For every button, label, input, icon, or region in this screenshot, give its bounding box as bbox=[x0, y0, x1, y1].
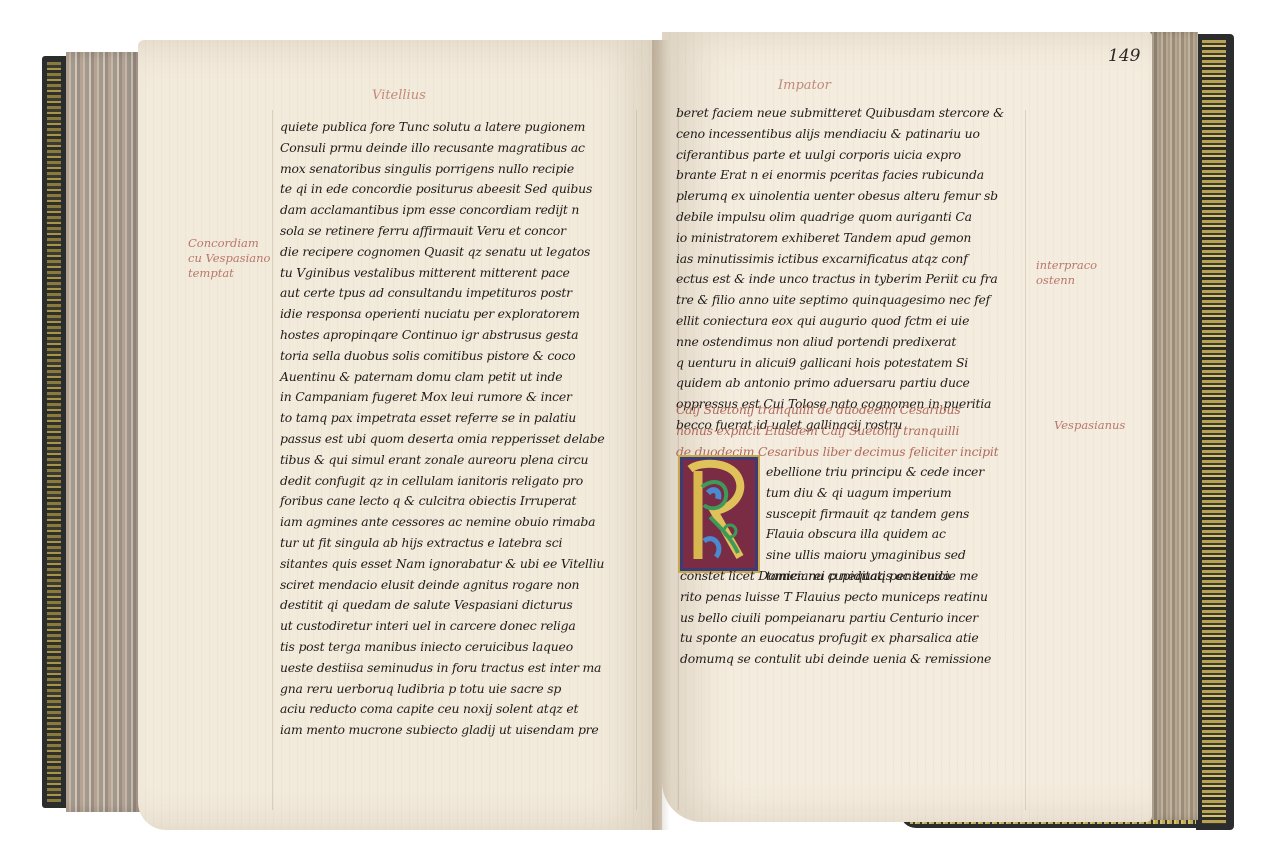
manuscript-line: quiete publica fore Tunc solutu a latere… bbox=[280, 117, 604, 138]
right-marginal-note-2: Vespasianus bbox=[1054, 418, 1125, 433]
open-manuscript-photo: Vitellius Concordiam cu Vespasiano tempt… bbox=[0, 0, 1280, 860]
left-cover-binding bbox=[42, 56, 68, 808]
manuscript-line: tur ut fit singula ab hijs extractus e l… bbox=[280, 533, 604, 554]
left-running-header: Vitellius bbox=[372, 88, 426, 103]
manuscript-line: nne ostendimus non aliud portendi predix… bbox=[676, 332, 1004, 353]
illuminated-initial-r-icon bbox=[680, 457, 758, 571]
manuscript-line: iam mento mucrone subiecto gladij ut uis… bbox=[280, 720, 604, 741]
marginal-line: temptat bbox=[188, 266, 270, 281]
marginal-line: cu Vespasiano bbox=[188, 251, 270, 266]
manuscript-line: ectus est & inde unco tractus in tyberim… bbox=[676, 269, 1004, 290]
manuscript-line: ebellione triu principu & cede incer bbox=[766, 462, 984, 483]
manuscript-line: hostes apropinqare Continuo igr abstrusu… bbox=[280, 325, 604, 346]
manuscript-line: gna reru uerboruq ludibria p totu uie sa… bbox=[280, 679, 604, 700]
manuscript-line: idie responsa operienti nuciatu per expl… bbox=[280, 304, 604, 325]
manuscript-line: io ministratorem exhiberet Tandem apud g… bbox=[676, 228, 1004, 249]
ruling-line bbox=[1025, 110, 1026, 810]
manuscript-line: constet licet Domicianu cupiditatis ac s… bbox=[680, 566, 991, 587]
manuscript-line: mox senatoribus singulis porrigens nullo… bbox=[280, 159, 604, 180]
manuscript-line: ceno incessentibus alijs mendiaciu & pat… bbox=[676, 124, 1004, 145]
manuscript-line: tre & filio anno uite septimo quinquages… bbox=[676, 290, 1004, 311]
manuscript-line: sciret mendacio elusit deinde agnitus ro… bbox=[280, 575, 604, 596]
manuscript-line: dedit confugit qz in cellulam ianitoris … bbox=[280, 471, 604, 492]
manuscript-line: aciu reducto coma capite ceu noxij solen… bbox=[280, 699, 604, 720]
manuscript-line: tu sponte an euocatus profugit ex pharsa… bbox=[680, 628, 991, 649]
manuscript-line: sitantes quis esset Nam ignorabatur & ub… bbox=[280, 554, 604, 575]
manuscript-line: Caij Suetonij tranquilli de duodecim Ces… bbox=[676, 400, 998, 421]
marginal-line: Concordiam bbox=[188, 236, 270, 251]
right-running-header: Impator bbox=[778, 78, 831, 93]
marginal-line: ostenn bbox=[1036, 273, 1097, 288]
manuscript-line: plerumq ex uinolentia uenter obesus alte… bbox=[676, 186, 1004, 207]
manuscript-line: to tamq pax impetrata esset referre se i… bbox=[280, 408, 604, 429]
manuscript-line: iam agmines ante cessores ac nemine obui… bbox=[280, 512, 604, 533]
manuscript-line: sola se retinere ferru affirmauit Veru e… bbox=[280, 221, 604, 242]
right-page-edges bbox=[1150, 32, 1198, 820]
left-marginal-note: Concordiam cu Vespasiano temptat bbox=[188, 236, 270, 281]
manuscript-line: sine ullis maioru ymaginibus sed bbox=[766, 545, 984, 566]
right-text-column-bottom: constet licet Domicianu cupiditatis ac s… bbox=[680, 566, 991, 670]
manuscript-line: te qi in ede concordie positurus abeesit… bbox=[280, 179, 604, 200]
manuscript-line: tu Vginibus vestalibus mitterent mittere… bbox=[280, 263, 604, 284]
manuscript-line: toria sella duobus solis comitibus pisto… bbox=[280, 346, 604, 367]
left-gilt-tooling bbox=[47, 62, 61, 802]
right-marginal-note-1: interpraco ostenn bbox=[1036, 258, 1097, 288]
illuminated-initial bbox=[678, 455, 760, 573]
manuscript-line: ueste destiisa seminudus in foru tractus… bbox=[280, 658, 604, 679]
manuscript-line: nonus explicit Eiusdem Caij Suetonij tra… bbox=[676, 421, 998, 442]
manuscript-line: aut certe tpus ad consultandu impetituro… bbox=[280, 283, 604, 304]
manuscript-line: in Campaniam fugeret Mox leui rumore & i… bbox=[280, 387, 604, 408]
manuscript-line: die recipere cognomen Quasit qz senatu u… bbox=[280, 242, 604, 263]
manuscript-line: destitit qi quedam de salute Vespasiani … bbox=[280, 595, 604, 616]
rubric-explicit-incipit: Caij Suetonij tranquilli de duodecim Ces… bbox=[676, 400, 998, 462]
left-page-edges bbox=[66, 52, 142, 812]
manuscript-line: dam acclamantibus ipm esse concordiam re… bbox=[280, 200, 604, 221]
manuscript-line: brante Erat n ei enormis pceritas facies… bbox=[676, 165, 1004, 186]
ruling-line bbox=[636, 110, 637, 810]
ruling-line bbox=[272, 110, 273, 810]
right-text-column-top: beret faciem neue submitteret Quibusdam … bbox=[676, 103, 1004, 436]
manuscript-line: domumq se contulit ubi deinde uenia & re… bbox=[680, 649, 991, 670]
manuscript-line: ciferantibus parte et uulgi corporis uic… bbox=[676, 145, 1004, 166]
manuscript-line: debile impulsu olim quadrige quom auriga… bbox=[676, 207, 1004, 228]
folio-number: 149 bbox=[1108, 46, 1140, 66]
manuscript-line: foribus cane lecto q & culcitra obiectis… bbox=[280, 491, 604, 512]
manuscript-line: tum diu & qi uagum imperium bbox=[766, 483, 984, 504]
right-cover-binding bbox=[1196, 34, 1234, 830]
manuscript-line: us bello ciuili pompeianaru partiu Centu… bbox=[680, 608, 991, 629]
marginal-line: interpraco bbox=[1036, 258, 1097, 273]
manuscript-line: beret faciem neue submitteret Quibusdam … bbox=[676, 103, 1004, 124]
manuscript-line: q uenturu in alicui9 gallicani hois pote… bbox=[676, 353, 1004, 374]
manuscript-line: ellit coniectura eox qui augurio quod fc… bbox=[676, 311, 1004, 332]
manuscript-line: ias minutissimis ictibus excarnificatus … bbox=[676, 249, 1004, 270]
manuscript-line: Auentinu & paternam domu clam petit ut i… bbox=[280, 367, 604, 388]
manuscript-line: quidem ab antonio primo aduersaru partiu… bbox=[676, 373, 1004, 394]
manuscript-line: Flauia obscura illa quidem ac bbox=[766, 524, 984, 545]
manuscript-line: suscepit firmauit qz tandem gens bbox=[766, 504, 984, 525]
manuscript-line: ut custodiretur interi uel in carcere do… bbox=[280, 616, 604, 637]
manuscript-line: passus est ubi quom deserta omia repperi… bbox=[280, 429, 604, 450]
manuscript-line: rito penas luisse T Flauius pecto munice… bbox=[680, 587, 991, 608]
manuscript-line: Consuli prmu deinde illo recusante magra… bbox=[280, 138, 604, 159]
manuscript-line: tibus & qui simul erant zonale aureoru p… bbox=[280, 450, 604, 471]
right-gilt-tooling bbox=[1202, 40, 1226, 824]
left-text-column: quiete publica fore Tunc solutu a latere… bbox=[280, 117, 604, 741]
manuscript-line: tis post terga manibus iniecto ceruicibu… bbox=[280, 637, 604, 658]
marginal-line: Vespasianus bbox=[1054, 418, 1125, 433]
